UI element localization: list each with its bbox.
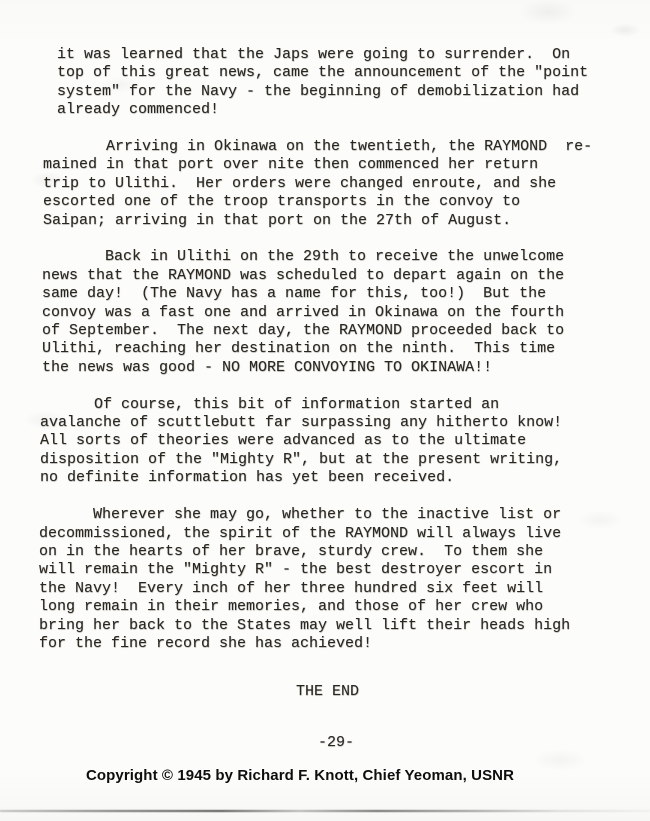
the-end-marker: THE END — [296, 683, 650, 701]
paragraph-surrender-news: it was learned that the Japs were going … — [57, 46, 650, 120]
typewritten-text-block: it was learned that the Japs were going … — [0, 0, 650, 786]
paragraph-okinawa-arrival: Arriving in Okinawa on the twentieth, th… — [43, 138, 650, 230]
paragraph-back-in-ulithi: Back in Ulithi on the 29th to receive th… — [42, 248, 650, 377]
copyright-line: Copyright © 1945 by Richard F. Knott, Ch… — [0, 767, 600, 785]
scanned-document-page: it was learned that the Japs were going … — [0, 0, 650, 821]
paragraph-farewell: Wherever she may go, whether to the inac… — [39, 506, 650, 653]
page-edge-shadow — [0, 810, 650, 812]
page-number: -29- — [318, 734, 650, 752]
paragraph-scuttlebutt: Of course, this bit of information start… — [40, 396, 650, 488]
